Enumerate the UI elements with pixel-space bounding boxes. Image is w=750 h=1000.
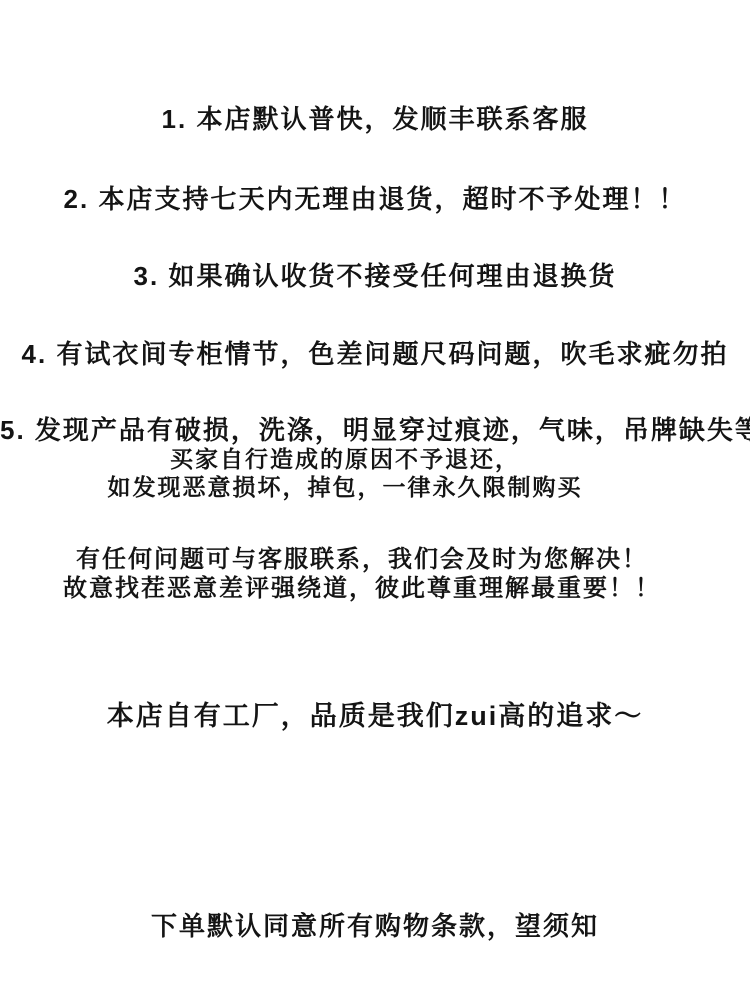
- customer-service-note-2: 故意找茬恶意差评强绕道，彼此尊重理解最重要！！: [0, 576, 737, 602]
- policy-rule-5-continuation-2: 如发现恶意损坏，掉包，一律永久限制购买: [0, 475, 720, 500]
- footer-terms-line: 下单默认同意所有购物条款，望须知: [0, 912, 750, 941]
- policy-rule-2: 2. 本店支持七天内无理由退货，超时不予处理！！: [0, 185, 750, 214]
- policy-rule-5: 5. 发现产品有破损，洗涤，明显穿过痕迹，气味，吊牌缺失等: [0, 416, 750, 445]
- quality-statement: 本店自有工厂，品质是我们zui高的追求～: [0, 702, 750, 732]
- policy-rule-3: 3. 如果确认收货不接受任何理由退换货: [0, 262, 750, 291]
- store-policy-notice-page: 1. 本店默认普快，发顺丰联系客服 2. 本店支持七天内无理由退货，超时不予处理…: [0, 0, 750, 1000]
- customer-service-note-1: 有任何问题可与客服联系，我们会及时为您解决！: [0, 547, 737, 573]
- policy-rule-5-continuation-1: 买家自行造成的原因不予退还，: [0, 447, 720, 472]
- policy-rule-4: 4. 有试衣间专柜情节，色差问题尺码问题，吹毛求疵勿拍: [0, 340, 750, 369]
- policy-rule-1: 1. 本店默认普快，发顺丰联系客服: [0, 105, 750, 134]
